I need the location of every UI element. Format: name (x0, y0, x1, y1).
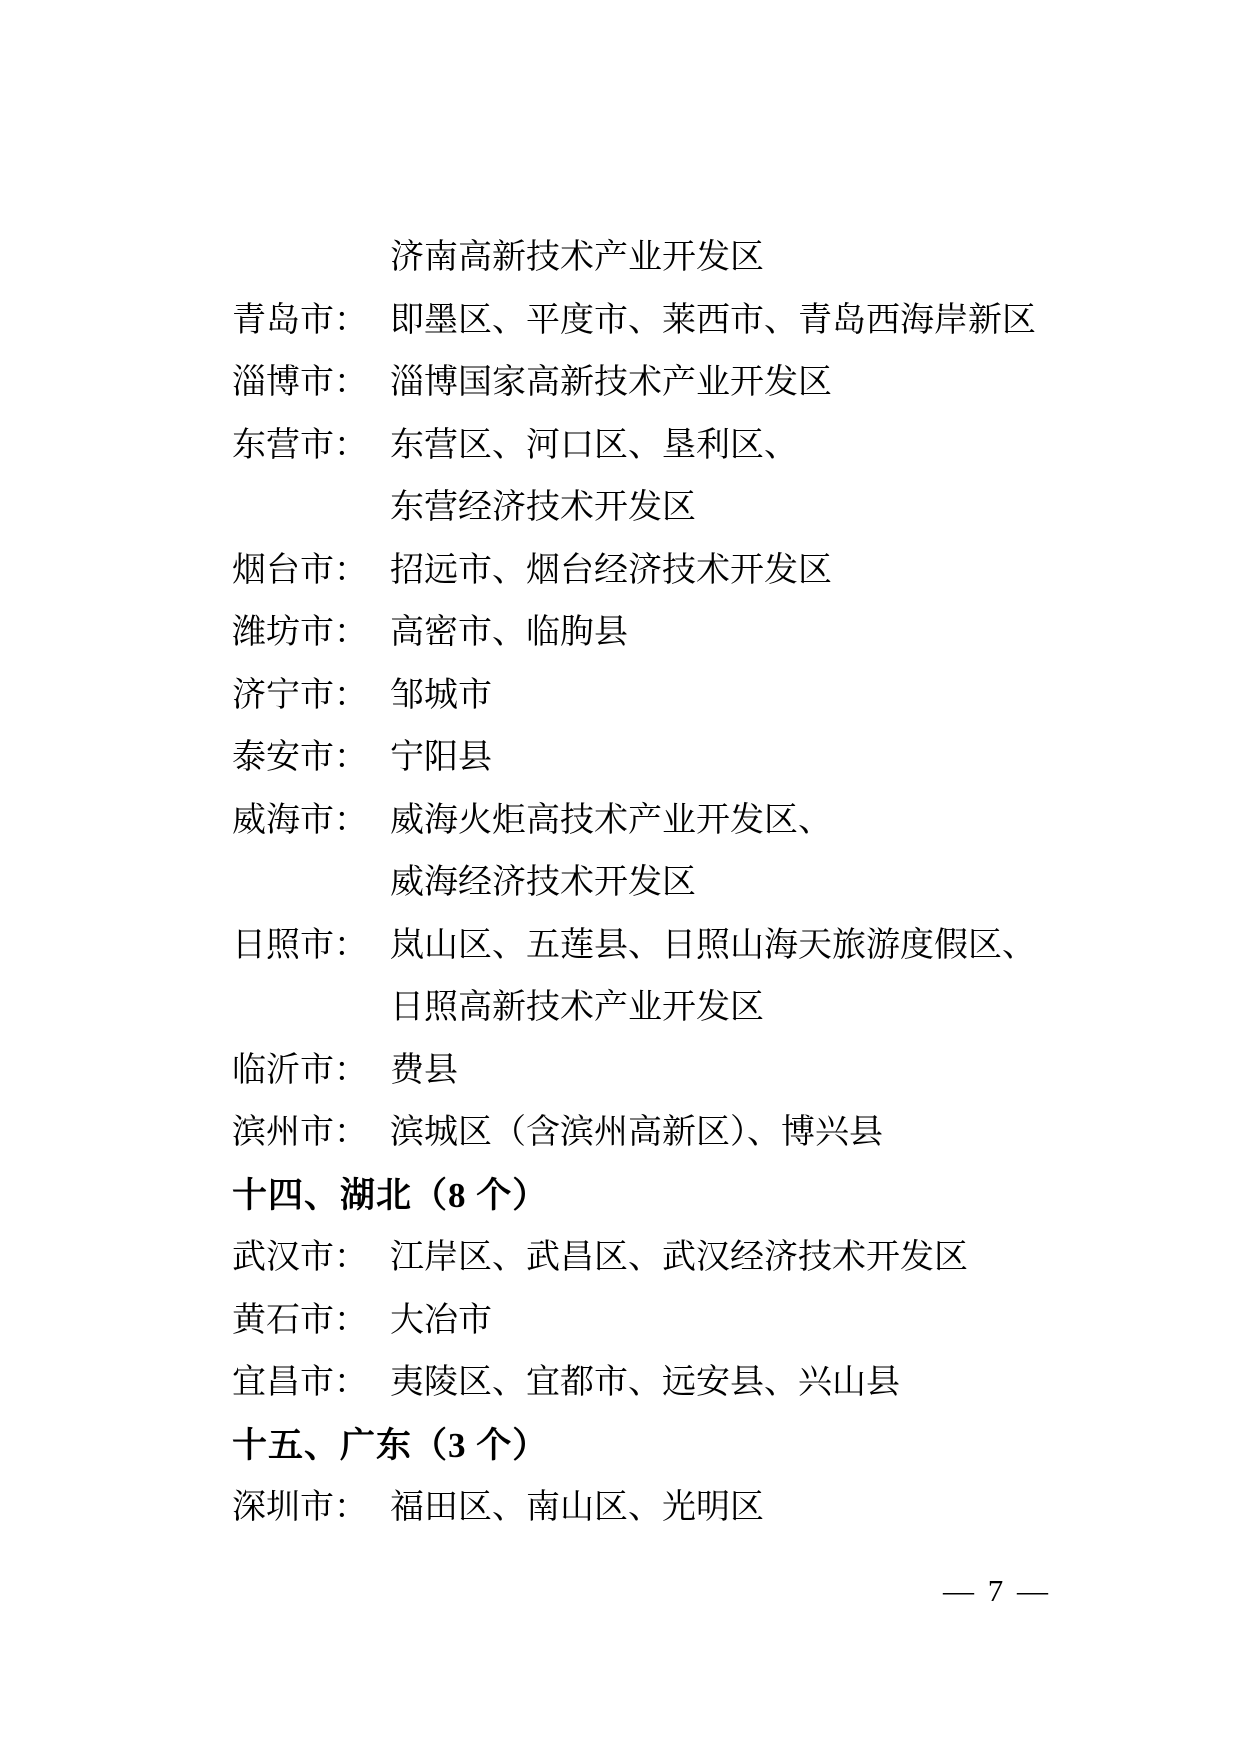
city-label: 武汉市： (232, 1241, 390, 1275)
region-list: 大冶市 (390, 1304, 492, 1338)
region-list: 威海经济技术开发区 (390, 866, 696, 900)
region-entry-line: 东营市：东营区、河口区、垦利区、 (232, 415, 1112, 478)
region-entry-line: 威海市：威海火炬高技术产业开发区、 (232, 790, 1112, 853)
region-entry-line: 济宁市：邹城市 (232, 665, 1112, 728)
city-label: 青岛市： (232, 304, 390, 338)
city-label: 黄石市： (232, 1304, 390, 1338)
region-entry-line: 滨州市：滨城区（含滨州高新区）、博兴县 (232, 1102, 1112, 1165)
city-label: 泰安市： (232, 741, 390, 775)
region-list: 江岸区、武昌区、武汉经济技术开发区 (390, 1241, 968, 1275)
region-list: 淄博国家高新技术产业开发区 (390, 366, 832, 400)
city-label: 东营市： (232, 429, 390, 463)
page-number: — 7 — (943, 1573, 1051, 1609)
region-entry-line: 烟台市：招远市、烟台经济技术开发区 (232, 540, 1112, 603)
continuation-line: 威海经济技术开发区 (232, 852, 1112, 915)
region-list: 济南高新技术产业开发区 (390, 241, 764, 275)
continuation-line: 东营经济技术开发区 (232, 477, 1112, 540)
region-list: 即墨区、平度市、莱西市、青岛西海岸新区 (390, 304, 1036, 338)
region-entry-line: 深圳市：福田区、南山区、光明区 (232, 1477, 1112, 1540)
continuation-line: 日照高新技术产业开发区 (232, 977, 1112, 1040)
region-entry-line: 黄石市：大冶市 (232, 1290, 1112, 1353)
region-list: 东营经济技术开发区 (390, 491, 696, 525)
region-list: 福田区、南山区、光明区 (390, 1491, 764, 1525)
region-list: 费县 (390, 1054, 458, 1088)
city-label: 宜昌市： (232, 1366, 390, 1400)
city-label: 滨州市： (232, 1116, 390, 1150)
region-list: 邹城市 (390, 679, 492, 713)
region-list: 招远市、烟台经济技术开发区 (390, 554, 832, 588)
document-body: 济南高新技术产业开发区青岛市：即墨区、平度市、莱西市、青岛西海岸新区淄博市：淄博… (232, 227, 1112, 1540)
region-entry-line: 武汉市：江岸区、武昌区、武汉经济技术开发区 (232, 1227, 1112, 1290)
city-label: 临沂市： (232, 1054, 390, 1088)
region-list: 滨城区（含滨州高新区）、博兴县 (390, 1116, 883, 1150)
region-entry-line: 日照市：岚山区、五莲县、日照山海天旅游度假区、 (232, 915, 1112, 978)
region-list: 日照高新技术产业开发区 (390, 991, 764, 1025)
city-label: 济宁市： (232, 679, 390, 713)
city-label: 淄博市： (232, 366, 390, 400)
city-label: 日照市： (232, 929, 390, 963)
continuation-line: 济南高新技术产业开发区 (232, 227, 1112, 290)
region-list: 高密市、临朐县 (390, 616, 628, 650)
region-list: 东营区、河口区、垦利区、 (390, 429, 798, 463)
city-label: 潍坊市： (232, 616, 390, 650)
city-label: 烟台市： (232, 554, 390, 588)
section-header: 十四、湖北（8 个） (232, 1165, 1112, 1228)
region-entry-line: 宜昌市：夷陵区、宜都市、远安县、兴山县 (232, 1352, 1112, 1415)
section-header: 十五、广东（3 个） (232, 1415, 1112, 1478)
section-header-text: 十四、湖北（8 个） (232, 1178, 548, 1213)
region-list: 威海火炬高技术产业开发区、 (390, 804, 832, 838)
region-entry-line: 潍坊市：高密市、临朐县 (232, 602, 1112, 665)
region-entry-line: 淄博市：淄博国家高新技术产业开发区 (232, 352, 1112, 415)
region-list: 岚山区、五莲县、日照山海天旅游度假区、 (390, 929, 1036, 963)
city-label: 深圳市： (232, 1491, 390, 1525)
region-entry-line: 泰安市：宁阳县 (232, 727, 1112, 790)
region-list: 夷陵区、宜都市、远安县、兴山县 (390, 1366, 900, 1400)
region-list: 宁阳县 (390, 741, 492, 775)
city-label: 威海市： (232, 804, 390, 838)
region-entry-line: 青岛市：即墨区、平度市、莱西市、青岛西海岸新区 (232, 290, 1112, 353)
region-entry-line: 临沂市：费县 (232, 1040, 1112, 1103)
section-header-text: 十五、广东（3 个） (232, 1428, 548, 1463)
